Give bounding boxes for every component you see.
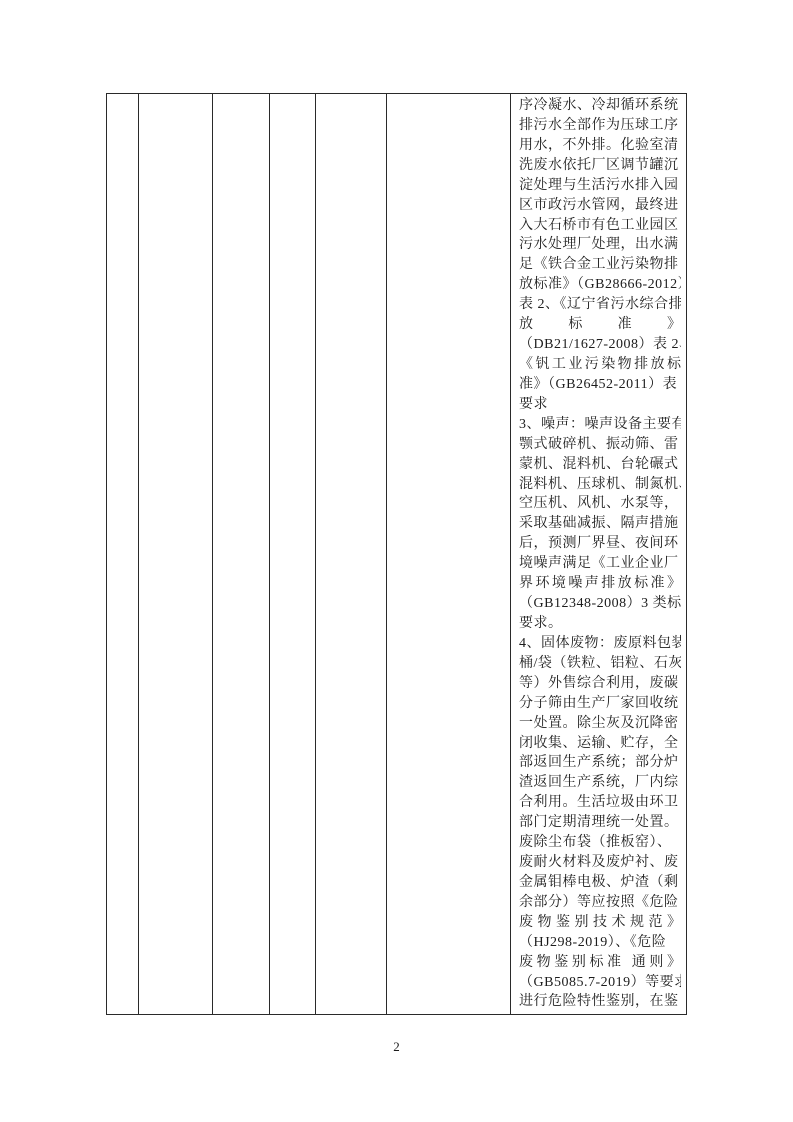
table-cell-empty-2 <box>139 94 213 1014</box>
table-cell-empty-1 <box>107 94 139 1014</box>
text-line: 进行危险特性鉴别，在鉴 <box>519 992 681 1012</box>
document-table: 序冷凝水、冷却循环系统排污水全部作为压球工序用水，不外排。化验室清洗废水依托厂区… <box>106 93 687 1015</box>
text-line: 足《铁合金工业污染物排 <box>519 255 681 275</box>
table-cell-empty-6 <box>387 94 511 1014</box>
text-line: 合利用。生活垃圾由环卫 <box>519 793 681 813</box>
text-line: 洗废水依托厂区调节罐沉 <box>519 156 681 176</box>
text-line: 废物鉴别标准 通则》 <box>519 953 681 973</box>
text-line: 要求 <box>519 395 681 415</box>
text-line: 空压机、风机、水泵等， <box>519 494 681 514</box>
text-line: 表 2、《辽宁省污水综合排 <box>519 295 681 315</box>
document-page: 序冷凝水、冷却循环系统排污水全部作为压球工序用水，不外排。化验室清洗废水依托厂区… <box>0 0 793 1122</box>
table-cell-empty-4 <box>270 94 316 1014</box>
text-line: 放标准》 <box>519 315 681 335</box>
text-line: 桶/袋（铁粒、铝粒、石灰 <box>519 654 681 674</box>
text-line: 《钒工业污染物排放标 <box>519 355 681 375</box>
text-line: 闭收集、运输、贮存，全 <box>519 734 681 754</box>
text-line: 用水，不外排。化验室清 <box>519 136 681 156</box>
text-line: 废物鉴别技术规范》 <box>519 913 681 933</box>
text-line: 污水处理厂处理，出水满 <box>519 235 681 255</box>
text-line: （DB21/1627-2008）表 2、 <box>519 335 681 355</box>
text-line: 渣返回生产系统，厂内综 <box>519 773 681 793</box>
text-line: 废除尘布袋（推板窑）、 <box>519 833 681 853</box>
table-cell-empty-5 <box>316 94 387 1014</box>
detail-cell: 序冷凝水、冷却循环系统排污水全部作为压球工序用水，不外排。化验室清洗废水依托厂区… <box>511 94 686 1014</box>
text-line: 采取基础减振、隔声措施 <box>519 514 681 534</box>
text-line: 部门定期清理统一处置。 <box>519 813 681 833</box>
text-line: 颚式破碎机、振动筛、雷 <box>519 435 681 455</box>
text-line: 入大石桥市有色工业园区 <box>519 216 681 236</box>
text-line: 区市政污水管网，最终进 <box>519 196 681 216</box>
text-line: 淀处理与生活污水排入园 <box>519 176 681 196</box>
text-line: 放标准》（GB28666-2012） <box>519 275 681 295</box>
text-line: 要求。 <box>519 614 681 634</box>
text-line: 3、噪声：噪声设备主要有 <box>519 415 681 435</box>
text-line: （GB12348-2008）3 类标准 <box>519 594 681 614</box>
text-line: 金属钼棒电极、炉渣（剩 <box>519 873 681 893</box>
text-line: （GB5085.7-2019）等要求 <box>519 973 681 993</box>
text-line: 等）外售综合利用，废碳 <box>519 674 681 694</box>
text-line: 界环境噪声排放标准》 <box>519 574 681 594</box>
text-line: 准》（GB26452-2011）表 2 <box>519 375 681 395</box>
text-line: 后，预测厂界昼、夜间环 <box>519 534 681 554</box>
text-line: 4、固体废物：废原料包装 <box>519 634 681 654</box>
table-cell-empty-3 <box>213 94 270 1014</box>
text-line: 余部分）等应按照《危险 <box>519 893 681 913</box>
text-line: 序冷凝水、冷却循环系统 <box>519 96 681 116</box>
page-number: 2 <box>0 1039 793 1055</box>
text-line: 废耐火材料及废炉衬、废 <box>519 853 681 873</box>
text-line: 排污水全部作为压球工序 <box>519 116 681 136</box>
text-line: 分子筛由生产厂家回收统 <box>519 694 681 714</box>
text-line: 一处置。除尘灰及沉降密 <box>519 714 681 734</box>
text-line: （HJ298-2019）、《危险 <box>519 933 681 953</box>
text-line: 混料机、压球机、制氮机、 <box>519 475 681 495</box>
text-line: 蒙机、混料机、台轮碾式 <box>519 455 681 475</box>
text-line: 部返回生产系统；部分炉 <box>519 753 681 773</box>
text-line: 境噪声满足《工业企业厂 <box>519 554 681 574</box>
